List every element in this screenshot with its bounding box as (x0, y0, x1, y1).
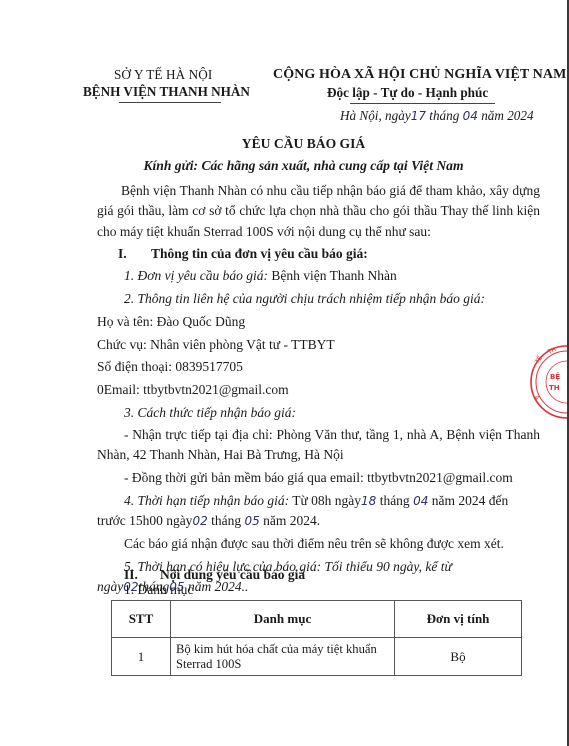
row-stt: 1 (112, 638, 171, 676)
section-1-number: I. (118, 246, 151, 262)
official-seal-icon: TẾ TH BỆ TH A (527, 342, 569, 422)
date-prefix: Hà Nội, ngày (340, 108, 411, 123)
table-row: 1 Bộ kim hút hóa chất của máy tiệt khuẩn… (112, 638, 522, 676)
header-stt: STT (112, 601, 171, 638)
header-item: Danh mục (171, 601, 395, 638)
receiving-deadline: 4. Thời hạn tiếp nhận báo giá: Từ 08h ng… (97, 491, 540, 531)
email-submission: - Đồng thời gửi bản mềm báo giá qua emai… (124, 470, 513, 486)
deadline-day-start: 18 (361, 494, 376, 508)
deadline-day-end: 02 (192, 514, 207, 528)
section-2-heading: II.Nội dung yêu cầu báo giá (124, 567, 305, 583)
contact-phone: Số điện thoại: 0839517705 (97, 359, 243, 375)
department-name: SỞ Y TẾ HÀ NỘI (114, 67, 212, 83)
deadline-month-end: 05 (244, 514, 259, 528)
header-right-underline (350, 103, 495, 104)
header-unit: Đơn vị tính (395, 601, 522, 638)
deadline-month-start: 04 (413, 494, 428, 508)
contact-email: 0Email: ttbytbvtn2021@gmail.com (97, 382, 289, 398)
row-unit: Bộ (395, 638, 522, 676)
national-title: CỘNG HÒA XÃ HỘI CHỦ NGHĨA VIỆT NAM (273, 67, 566, 83)
row-item-name: Bộ kim hút hóa chất của máy tiệt khuẩn S… (171, 638, 395, 676)
date-month-handwritten: 04 (463, 109, 478, 123)
section-1-heading: I.Thông tin của đơn vị yêu cầu báo giá: (118, 246, 368, 262)
hospital-name: BỆNH VIỆN THANH NHÀN (83, 84, 250, 100)
requesting-unit-line: 1. Đơn vị yêu cầu báo giá: Bệnh viện Tha… (124, 268, 397, 284)
recipient-line: Kính gửi: Các hãng sản xuất, nhà cung cấ… (0, 158, 569, 174)
contact-position: Chức vụ: Nhân viên phòng Vật tư - TTBYT (97, 337, 335, 353)
receiving-method-label: 3. Cách thức tiếp nhận báo giá: (124, 405, 296, 421)
deadline-text: năm 2024. (260, 513, 320, 528)
national-motto: Độc lập - Tự do - Hạnh phúc (327, 85, 488, 101)
date-month-label: tháng (429, 108, 459, 123)
document-date: Hà Nội, ngày17 tháng 04 năm 2024 (340, 108, 534, 124)
items-table: STT Danh mục Đơn vị tính 1 Bộ kim hút hó… (111, 600, 522, 676)
svg-text:TH: TH (549, 384, 560, 392)
receiving-deadline-label: 4. Thời hạn tiếp nhận báo giá: (124, 493, 289, 508)
deadline-text: tháng (208, 513, 245, 528)
deadline-text: tháng (376, 493, 413, 508)
date-year: năm 2024 (481, 108, 533, 123)
section-2-number: II. (124, 567, 160, 583)
late-submission-notice: Các báo giá nhận được sau thời điểm nêu … (124, 536, 504, 552)
contact-info-label: 2. Thông tin liên hệ của người chịu trác… (124, 291, 485, 307)
section-2-title: Nội dung yêu cầu báo giá (160, 567, 305, 582)
svg-text:BỆ: BỆ (550, 372, 560, 381)
intro-paragraph: Bệnh viện Thanh Nhàn có nhu cầu tiếp nhậ… (97, 181, 540, 242)
requesting-unit-value: Bệnh viện Thanh Nhàn (268, 268, 397, 283)
requesting-unit-label: 1. Đơn vị yêu cầu báo giá: (124, 268, 268, 283)
document-page: SỞ Y TẾ HÀ NỘI BỆNH VIỆN THANH NHÀN CỘNG… (0, 0, 569, 746)
date-day-handwritten: 17 (411, 109, 426, 123)
deadline-text: Từ 08h ngày (289, 493, 361, 508)
table-header-row: STT Danh mục Đơn vị tính (112, 601, 522, 638)
direct-submission: - Nhận trực tiếp tại địa chỉ: Phòng Văn … (97, 425, 540, 465)
catalog-subheading: 1. Danh mục (124, 582, 193, 598)
document-title: YÊU CẦU BÁO GIÁ (0, 136, 569, 152)
section-1-title: Thông tin của đơn vị yêu cầu báo giá: (151, 246, 368, 261)
contact-name: Họ và tên: Đào Quốc Dũng (97, 314, 245, 330)
header-left-underline (119, 102, 221, 103)
